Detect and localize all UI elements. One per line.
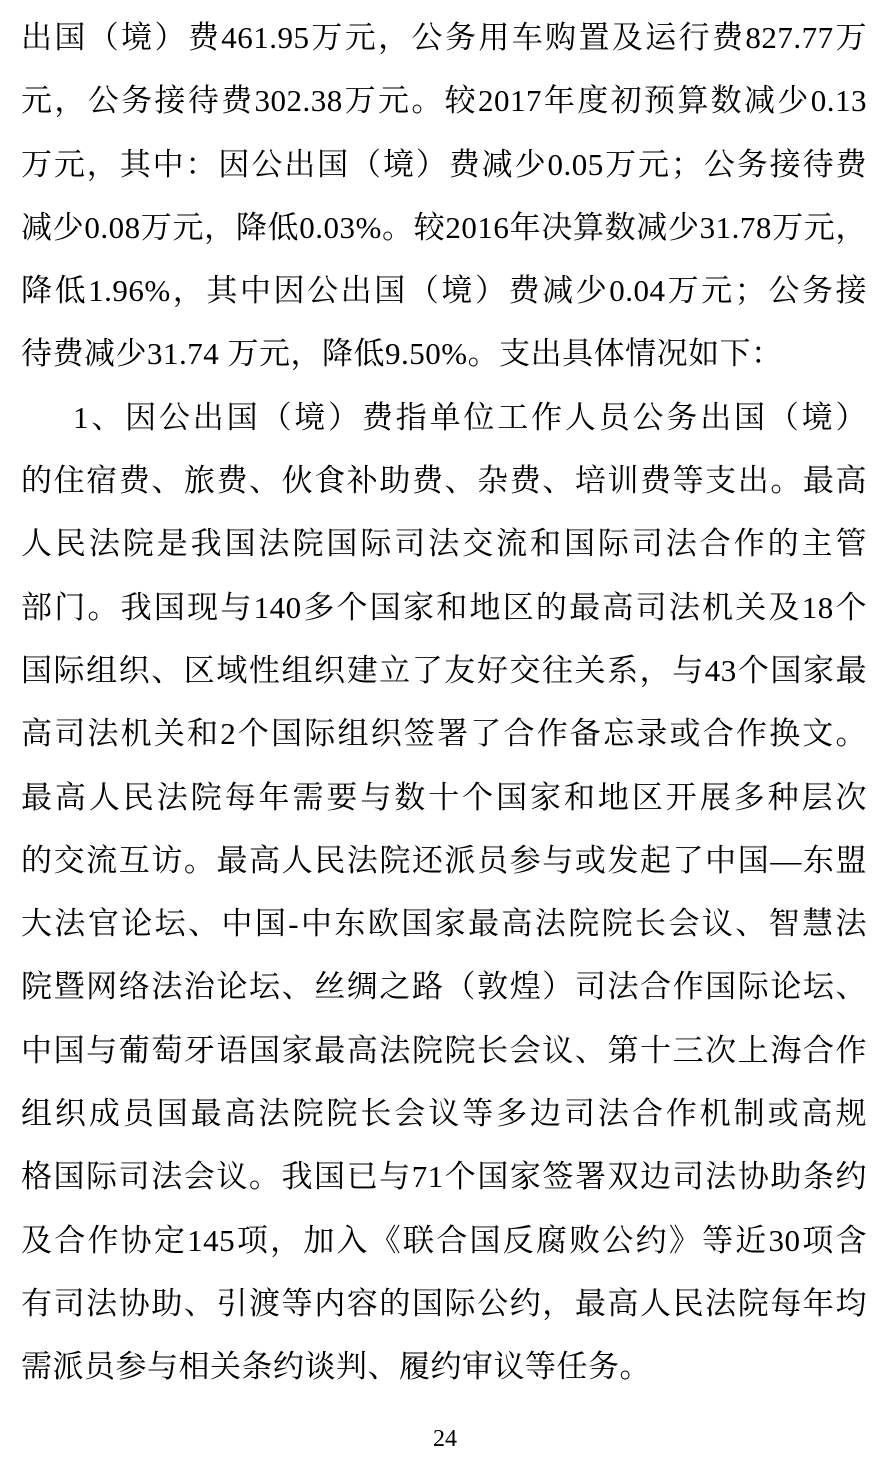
text-line: 待费减少31.74 万元，降低9.50%。支出具体情况如下： <box>21 322 867 385</box>
document-page: 出国（境）费461.95万元，公务用车购置及运行费827.77万 元，公务接待费… <box>0 0 890 1480</box>
text-line: 高司法机关和2个国际组织签署了合作备忘录或合作换文。 <box>21 702 867 765</box>
text-line: 1、因公出国（境）费指单位工作人员公务出国（境） <box>21 386 867 449</box>
text-line: 组织成员国最高法院院长会议等多边司法合作机制或高规 <box>21 1082 867 1145</box>
text-line: 部门。我国现与140多个国家和地区的最高司法机关及18个 <box>21 576 867 639</box>
text-line: 有司法协助、引渡等内容的国际公约，最高人民法院每年均 <box>21 1272 867 1335</box>
text-line: 人民法院是我国法院国际司法交流和国际司法合作的主管 <box>21 512 867 575</box>
text-line: 降低1.96%，其中因公出国（境）费减少0.04万元；公务接 <box>21 259 867 322</box>
text-line: 最高人民法院每年需要与数十个国家和地区开展多种层次 <box>21 766 867 829</box>
text-line: 大法官论坛、中国-中东欧国家最高法院院长会议、智慧法 <box>21 892 867 955</box>
text-line: 院暨网络法治论坛、丝绸之路（敦煌）司法合作国际论坛、 <box>21 955 867 1018</box>
text-line: 出国（境）费461.95万元，公务用车购置及运行费827.77万 <box>21 6 867 69</box>
text-line: 减少0.08万元，降低0.03%。较2016年决算数减少31.78万元， <box>21 196 867 259</box>
text-line: 的住宿费、旅费、伙食补助费、杂费、培训费等支出。最高 <box>21 449 867 512</box>
text-line: 元，公务接待费302.38万元。较2017年度初预算数减少0.13 <box>21 69 867 132</box>
page-number: 24 <box>0 1424 890 1454</box>
text-line: 国际组织、区域性组织建立了友好交往关系，与43个国家最 <box>21 639 867 702</box>
text-line: 需派员参与相关条约谈判、履约审议等任务。 <box>21 1335 867 1398</box>
text-line: 及合作协定145项，加入《联合国反腐败公约》等近30项含 <box>21 1209 867 1272</box>
text-line: 的交流互访。最高人民法院还派员参与或发起了中国—东盟 <box>21 829 867 892</box>
text-line: 格国际司法会议。我国已与71个国家签署双边司法协助条约 <box>21 1145 867 1208</box>
text-line: 万元，其中：因公出国（境）费减少0.05万元；公务接待费 <box>21 133 867 196</box>
text-line: 中国与葡萄牙语国家最高法院院长会议、第十三次上海合作 <box>21 1019 867 1082</box>
document-text-block: 出国（境）费461.95万元，公务用车购置及运行费827.77万 元，公务接待费… <box>21 6 867 1399</box>
